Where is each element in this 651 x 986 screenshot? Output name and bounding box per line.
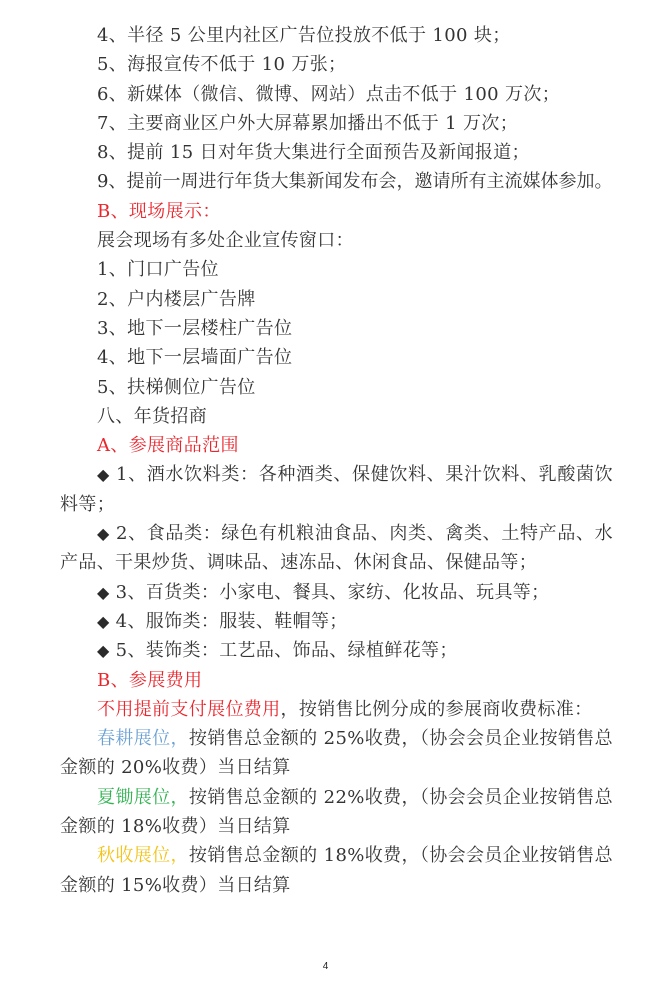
diamond-bullet-icon: ◆: [97, 641, 110, 660]
page-number: 4: [0, 961, 651, 972]
onsite-heading: B、现场展示：: [60, 197, 613, 226]
scope-item: ◆2、食品类：绿色有机粮油食品、肉类、禽类、土特产品、水产品、干果炒货、调味品、…: [60, 519, 613, 578]
scope-item: ◆1、酒水饮料类：各种酒类、保健饮料、果汁饮料、乳酸菌饮料等；: [60, 460, 613, 519]
diamond-bullet-icon: ◆: [97, 524, 110, 543]
media-item: 4、半径 5 公里内社区广告位投放不低于 100 块；: [60, 21, 613, 50]
tier-name: 夏锄展位，: [97, 787, 189, 808]
onsite-item: 1、门口广告位: [60, 255, 613, 284]
media-item: 5、海报宣传不低于 10 万张；: [60, 50, 613, 79]
fees-highlight: 不用提前支付展位费用: [97, 699, 281, 720]
onsite-item: 5、扶梯侧位广告位: [60, 373, 613, 402]
fee-tier-autumn: 秋收展位，按销售总金额的 18%收费，（协会会员企业按销售总金额的 15%收费）…: [60, 841, 613, 900]
media-item: 9、提前一周进行年货大集新闻发布会，邀请所有主流媒体参加。: [60, 167, 613, 196]
tier-name: 秋收展位，: [97, 845, 189, 866]
media-item: 7、主要商业区户外大屏幕累加播出不低于 1 万次；: [60, 109, 613, 138]
media-item: 8、提前 15 日对年货大集进行全面预告及新闻报道；: [60, 138, 613, 167]
tier-name: 春耕展位，: [97, 728, 189, 749]
scope-item: ◆4、服饰类：服装、鞋帽等；: [60, 607, 613, 636]
document-page: 4、半径 5 公里内社区广告位投放不低于 100 块； 5、海报宣传不低于 10…: [60, 21, 613, 900]
fee-tier-spring: 春耕展位，按销售总金额的 25%收费，（协会会员企业按销售总金额的 20%收费）…: [60, 724, 613, 783]
scope-item: ◆3、百货类：小家电、餐具、家纺、化妆品、玩具等；: [60, 578, 613, 607]
fees-intro: 不用提前支付展位费用，按销售比例分成的参展商收费标准：: [60, 695, 613, 724]
onsite-intro: 展会现场有多处企业宣传窗口：: [60, 226, 613, 255]
fee-tier-summer: 夏锄展位，按销售总金额的 22%收费，（协会会员企业按销售总金额的 18%收费）…: [60, 783, 613, 842]
fees-heading: B、参展费用: [60, 666, 613, 695]
diamond-bullet-icon: ◆: [97, 612, 110, 631]
onsite-item: 3、地下一层楼柱广告位: [60, 314, 613, 343]
media-item: 6、新媒体（微信、微博、网站）点击不低于 100 万次；: [60, 80, 613, 109]
section-title: 八、年货招商: [60, 402, 613, 431]
diamond-bullet-icon: ◆: [97, 465, 110, 484]
onsite-item: 2、户内楼层广告牌: [60, 285, 613, 314]
scope-heading: A、参展商品范围: [60, 431, 613, 460]
diamond-bullet-icon: ◆: [97, 583, 110, 602]
onsite-item: 4、地下一层墙面广告位: [60, 343, 613, 372]
scope-item: ◆5、装饰类：工艺品、饰品、绿植鲜花等；: [60, 636, 613, 665]
